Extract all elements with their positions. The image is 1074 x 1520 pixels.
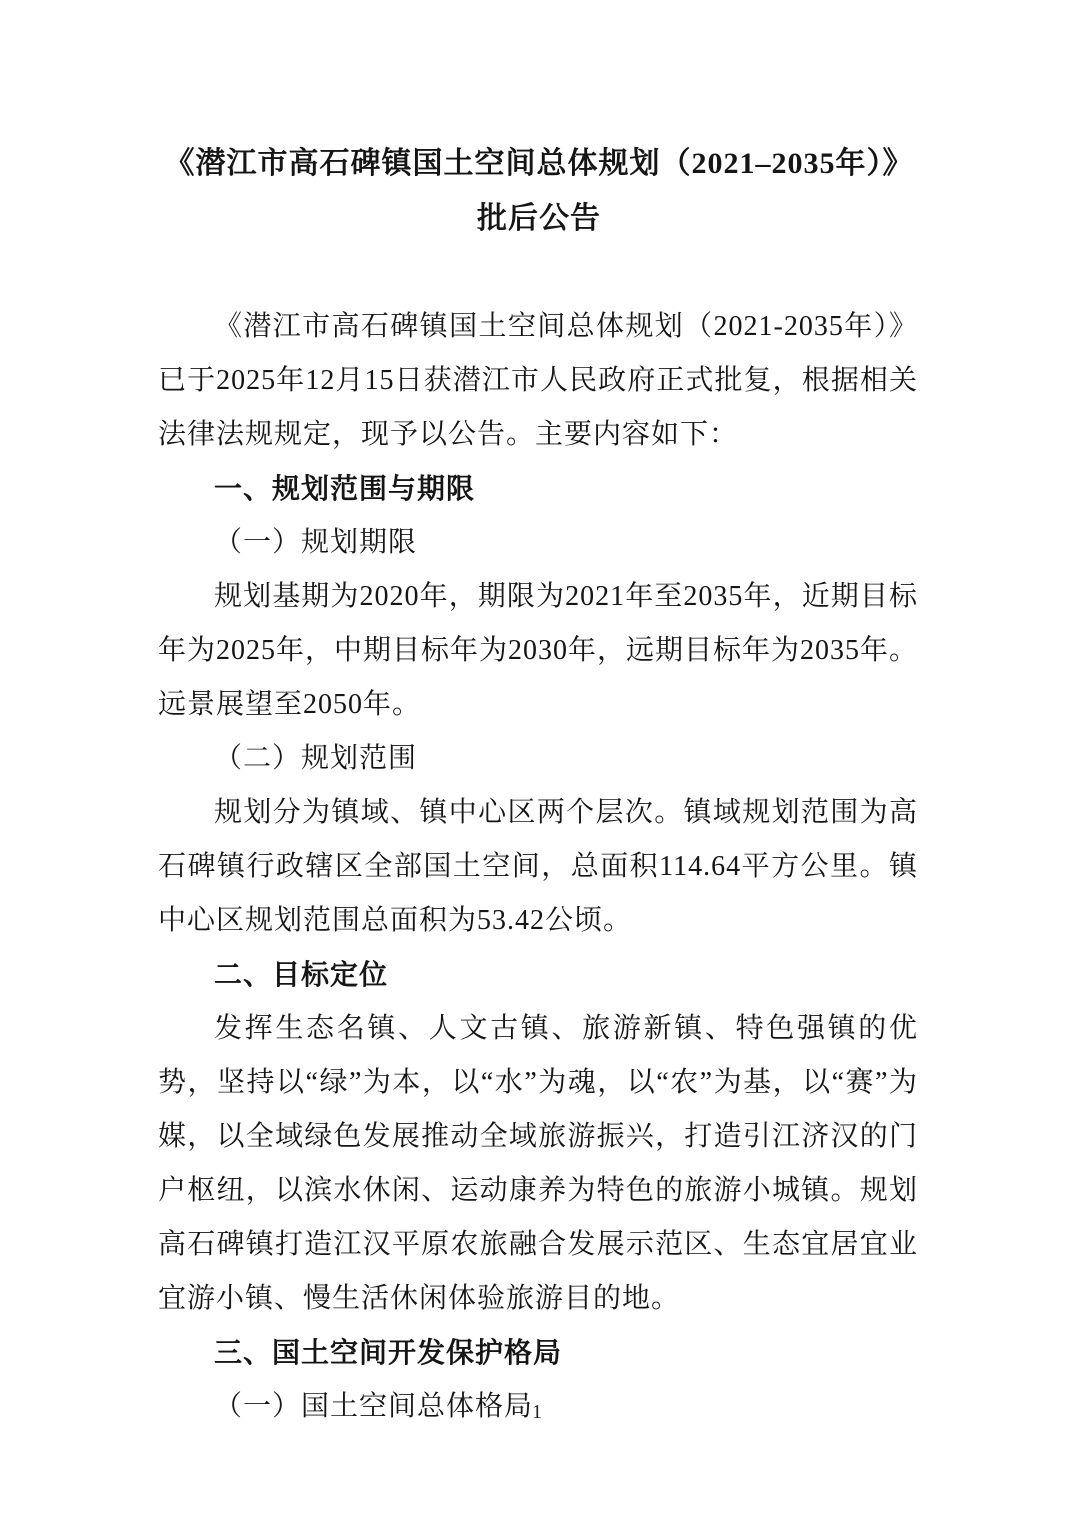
document-page: 《潜江市高石碑镇国土空间总体规划（2021–2035年）》 批后公告 《潜江市高… [0,0,1074,1520]
section-1-paragraph-2: 规划分为镇域、镇中心区两个层次。镇域规划范围为高石碑镇行政辖区全部国土空间，总面… [158,786,918,948]
section-1-paragraph-1: 规划基期为2020年，期限为2021年至2035年，近期目标年为2025年，中期… [158,570,918,732]
section-1-subheading-2: （二）规划范围 [158,732,918,786]
document-title-line2: 批后公告 [120,191,958,246]
document-title-line1: 《潜江市高石碑镇国土空间总体规划（2021–2035年）》 [120,136,958,191]
page-number: 1 [0,1398,1074,1426]
section-3-heading: 三、国土空间开发保护格局 [158,1326,918,1380]
document-body: 《潜江市高石碑镇国土空间总体规划（2021-2035年）》已于2025年12月1… [158,300,918,1434]
section-2-paragraph-1: 发挥生态名镇、人文古镇、旅游新镇、特色强镇的优势，坚持以“绿”为本，以“水”为魂… [158,1002,918,1326]
section-2-heading: 二、目标定位 [158,948,918,1002]
section-1-subheading-1: （一）规划期限 [158,516,918,570]
document-title: 《潜江市高石碑镇国土空间总体规划（2021–2035年）》 批后公告 [120,136,958,246]
intro-paragraph: 《潜江市高石碑镇国土空间总体规划（2021-2035年）》已于2025年12月1… [158,300,918,462]
section-1-heading: 一、规划范围与期限 [158,462,918,516]
